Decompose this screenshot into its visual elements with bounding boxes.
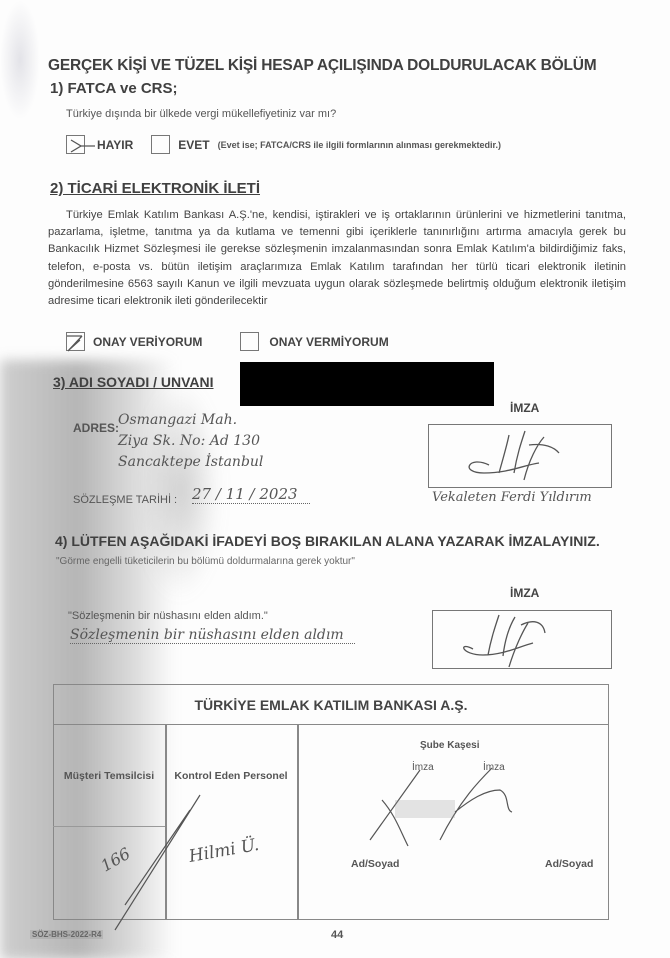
handwriting-marks-icon: 166 Hilmi Ü. bbox=[0, 0, 670, 958]
col2-handwriting: Hilmi Ü. bbox=[186, 834, 260, 867]
page-number: 44 bbox=[331, 929, 343, 941]
col1-handwriting: 166 bbox=[98, 844, 134, 876]
form-code: SÖZ-BHS-2022-R4 bbox=[30, 930, 103, 939]
